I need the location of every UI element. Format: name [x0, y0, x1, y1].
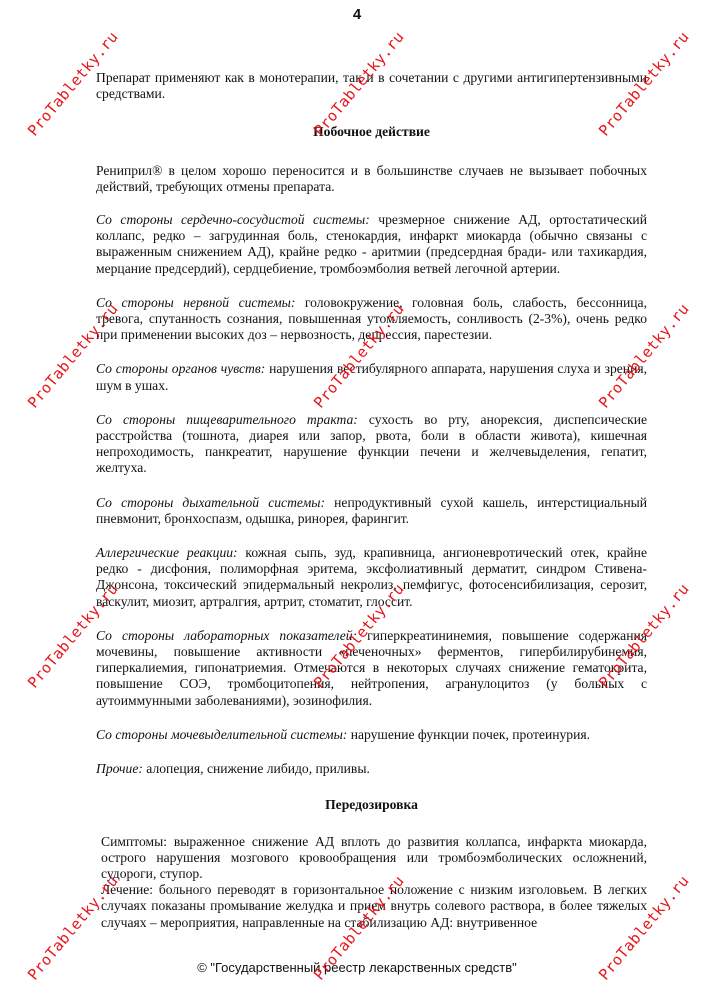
section-other: Прочие: алопеция, снижение либидо, прили… [96, 761, 647, 777]
page-number: 4 [0, 6, 714, 23]
section-label: Прочие: [96, 761, 143, 776]
intro-paragraph: Препарат применяют как в монотерапии, та… [96, 70, 647, 102]
section-urinary: Со стороны мочевыделительной системы: на… [96, 727, 647, 743]
section-label: Со стороны дыхательной системы: [96, 495, 325, 510]
copyright-footer: © "Государственный реестр лекарственных … [0, 960, 714, 975]
section-label: Со стороны пищеварительного тракта: [96, 412, 358, 427]
overdose-heading: Передозировка [96, 797, 647, 813]
section-digestive: Со стороны пищеварительного тракта: сухо… [96, 412, 647, 477]
section-nervous: Со стороны нервной системы: головокружен… [96, 295, 647, 344]
section-label: Со стороны нервной системы: [96, 295, 295, 310]
section-cardiovascular: Со стороны сердечно-сосудистой системы: … [96, 212, 647, 277]
overdose-symptoms: Симптомы: выраженное снижение АД вплоть … [101, 834, 647, 883]
section-label: Аллергические реакции: [96, 545, 238, 560]
section-label: Со стороны сердечно-сосудистой системы: [96, 212, 370, 227]
document-body: Препарат применяют как в монотерапии, та… [96, 70, 647, 931]
section-senses: Со стороны органов чувств: нарушения вес… [96, 361, 647, 393]
section-laboratory: Со стороны лабораторных показателей: гип… [96, 628, 647, 709]
side-effects-heading: Побочное действие [96, 124, 647, 140]
side-effects-summary: Рениприл® в целом хорошо переносится и в… [96, 163, 647, 195]
section-text: нарушение функции почек, протеинурия. [347, 727, 590, 742]
section-respiratory: Со стороны дыхательной системы: непродук… [96, 495, 647, 527]
section-label: Со стороны мочевыделительной системы: [96, 727, 347, 742]
section-label: Со стороны лабораторных показателей: [96, 628, 357, 643]
section-label: Со стороны органов чувств: [96, 361, 265, 376]
section-allergic: Аллергические реакции: кожная сыпь, зуд,… [96, 545, 647, 610]
overdose-treatment: Лечение: больного переводят в горизонтал… [101, 882, 647, 931]
section-text: алопеция, снижение либидо, приливы. [143, 761, 370, 776]
